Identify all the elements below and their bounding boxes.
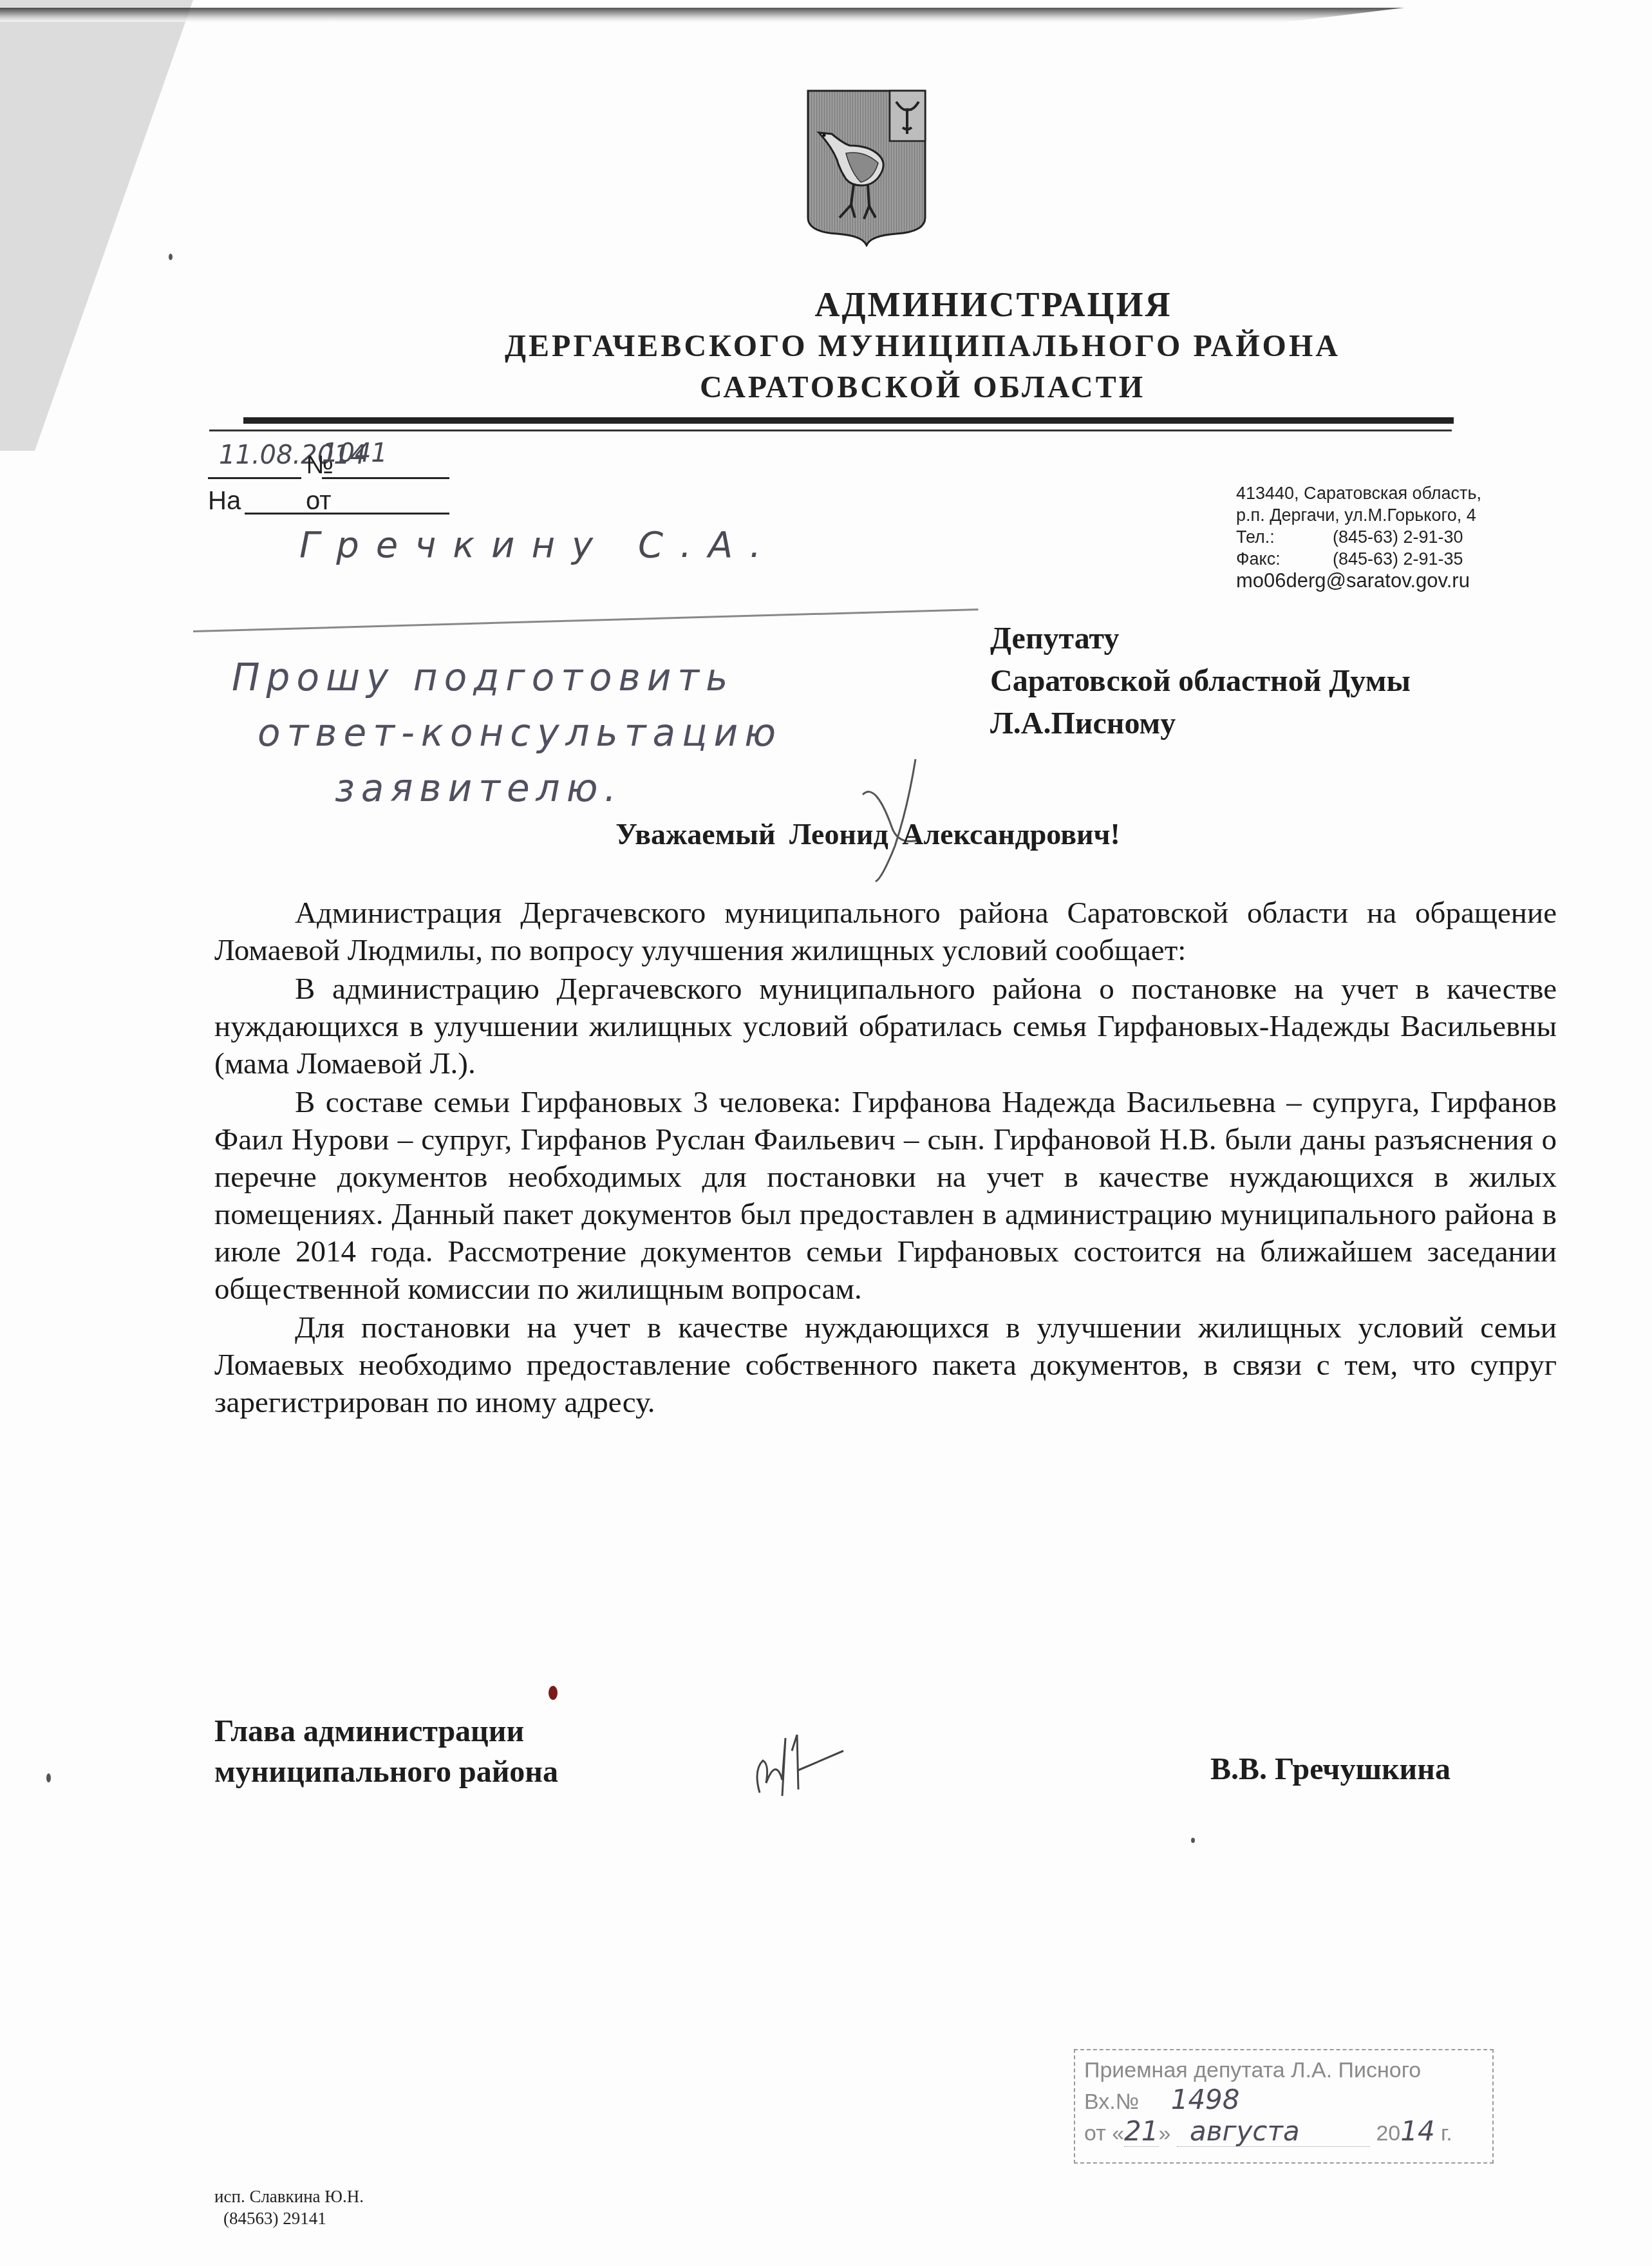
phone-value: (845-63) 2-91-30 xyxy=(1333,527,1463,547)
salutation: Уважаемый Леонид Александрович! xyxy=(0,817,1652,851)
org-title-line1: АДМИНИСТРАЦИЯ xyxy=(167,285,1652,325)
address-line2: р.п. Дергачи, ул.М.Горького, 4 xyxy=(1236,504,1481,526)
handwritten-addressee: Гречкину С.А. xyxy=(299,524,778,566)
contact-block: 413440, Саратовская область, р.п. Дергач… xyxy=(1236,482,1481,592)
signatory-name: В.В. Гречушкина xyxy=(1210,1751,1450,1787)
incoming-stamp: Приемная депутата Л.А. Писного Вх.№ 1498… xyxy=(1074,2049,1494,2164)
org-title-line2: ДЕРГАЧЕВСКОГО МУНИЦИПАЛЬНОГО РАЙОНА xyxy=(97,328,1652,364)
fax-label: Факс: xyxy=(1236,548,1333,570)
scan-speck xyxy=(169,254,173,260)
stamp-day: 21 xyxy=(1124,2117,1158,2147)
from-underline xyxy=(322,513,449,515)
resolution-line3: заявителю. xyxy=(232,760,782,816)
date-underline xyxy=(208,477,301,479)
number-underline xyxy=(322,477,449,479)
stamp-from-prefix: от « xyxy=(1084,2121,1124,2146)
stamp-year-prefix: 20 xyxy=(1376,2121,1400,2146)
stamp-in-number: 1498 xyxy=(1145,2084,1240,2115)
email-address: mo06derg@saratov.gov.ru xyxy=(1236,570,1481,592)
scan-speck xyxy=(1191,1838,1195,1843)
from-label: от xyxy=(306,487,332,516)
stamp-day-close: » xyxy=(1159,2121,1171,2146)
body-paragraph: В составе семьи Гирфановых 3 человека: Г… xyxy=(214,1084,1557,1308)
stamp-year-end: г. xyxy=(1441,2121,1452,2146)
stamp-in-label: Вх.№ xyxy=(1084,2090,1139,2114)
body-paragraph: Для постановки на учет в качестве нуждаю… xyxy=(214,1309,1557,1421)
signatory-title: Глава администрации муниципального район… xyxy=(214,1711,558,1792)
recipient-block: Депутату Саратовской областной Думы Л.А.… xyxy=(990,618,1411,745)
letterhead-divider-thick xyxy=(243,417,1454,424)
executor-block: исп. Славкина Ю.Н. (84563) 29141 xyxy=(214,2186,364,2229)
recipient-line3: Л.А.Писному xyxy=(990,703,1411,745)
address-line1: 413440, Саратовская область, xyxy=(1236,482,1481,504)
ink-mark xyxy=(549,1686,558,1700)
letter-page: АДМИНИСТРАЦИЯ ДЕРГАЧЕВСКОГО МУНИЦИПАЛЬНО… xyxy=(0,22,1652,2266)
resolution-line1: Прошу подготовить xyxy=(232,650,782,705)
phone-label: Тел.: xyxy=(1236,526,1333,548)
scan-speck xyxy=(46,1773,51,1782)
executor-name: исп. Славкина Ю.Н. xyxy=(214,2186,364,2207)
org-title-line3: САРАТОВСКОЙ ОБЛАСТИ xyxy=(97,370,1652,405)
handwritten-signature-icon xyxy=(747,1725,850,1802)
resolution-stroke xyxy=(193,609,979,632)
stamp-month: августа xyxy=(1177,2117,1370,2147)
letter-body: Администрация Дергачевского муниципально… xyxy=(214,894,1557,1422)
outgoing-number: 1041 xyxy=(322,439,388,468)
recipient-line2: Саратовской областной Думы xyxy=(990,660,1411,703)
body-paragraph: В администрацию Дергачевского муниципаль… xyxy=(214,970,1557,1082)
stamp-title: Приемная депутата Л.А. Писного xyxy=(1084,2055,1483,2085)
stamp-year-suffix: 14 xyxy=(1400,2115,1434,2147)
on-label: На xyxy=(208,487,241,516)
signatory-title-line2: муниципального района xyxy=(214,1751,558,1792)
handwritten-resolution: Прошу подготовить ответ-консультацию зая… xyxy=(232,650,782,816)
signatory-title-line1: Глава администрации xyxy=(214,1711,558,1751)
coat-of-arms-icon xyxy=(806,89,927,247)
body-paragraph: Администрация Дергачевского муниципально… xyxy=(214,894,1557,969)
resolution-line2: ответ-консультацию xyxy=(232,705,782,760)
executor-phone: (84563) 29141 xyxy=(214,2207,364,2229)
recipient-line1: Депутату xyxy=(990,618,1411,660)
fax-value: (845-63) 2-91-35 xyxy=(1333,549,1463,569)
scan-top-edge xyxy=(0,8,1652,22)
letterhead-divider-thin xyxy=(209,430,1452,431)
